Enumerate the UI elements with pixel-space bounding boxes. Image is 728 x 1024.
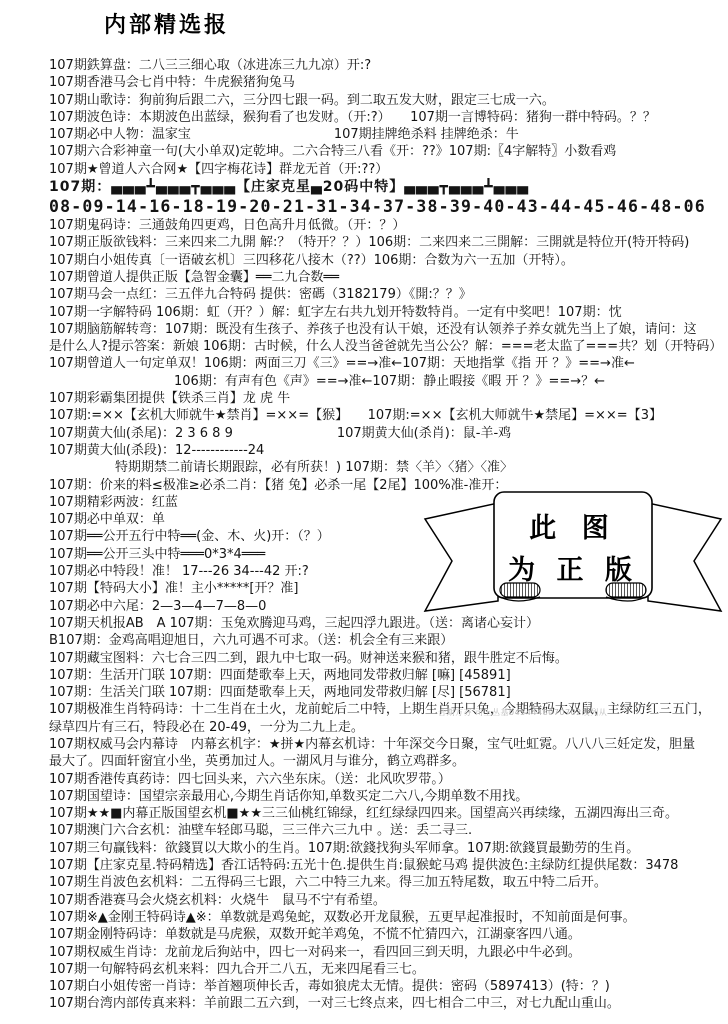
text-line: 107期香港赛马会火烧玄机料：火烧牛 鼠马不宁有希望。: [49, 892, 725, 909]
text-line: 107期六合彩神童一句(大小单双)定乾坤。二六合特三八看《开：??》107期:〖…: [49, 143, 725, 160]
text-line: 107期曾道人提供正版【急智金囊】══二九合数══: [49, 269, 725, 286]
text-line: 107期※▲金刚王特码诗▲※：单数就是鸡兔蛇，双数必开龙鼠猴，五更早起准报时，不…: [49, 909, 725, 926]
text-line: 107期必中人物：温家宝 107期挂牌绝杀料 挂牌绝杀：牛: [49, 126, 725, 143]
text-line: 107期权威马会内幕诗 内幕玄机字：★拼★内幕玄机诗：十年深交今日聚，宝气吐虹霓…: [49, 736, 725, 753]
text-line: B107期：金鸡高唱迎旭日，六九可遇不可求。（送：机会全有三来跟）: [49, 632, 725, 649]
text-line: 107期三句赢钱料：欲錢買以大欺小的生肖。107期:欲錢找狗头军师拿。107期:…: [49, 840, 725, 857]
text-line: 107期藏宝图料：六七合三四二到，跟九中七取一码。财神送来猴和猪，跟牛胜定不后悔…: [49, 650, 725, 667]
text-line: 107期白小姐传真〔一语破玄机〕三四移花八接木（??）106期：合数为六一五加（…: [49, 252, 725, 269]
ribbon-tail-left: [425, 503, 498, 611]
text-line: 107期曾道人一句定单双！106期：两面三刀《三》==→准←107期：天地指掌《…: [49, 355, 725, 372]
text-line: 特期期禁二前请长期跟踪，必有所获！) 107期：禁〈羊〉〈猪〉〈准〉: [49, 459, 725, 476]
watermark-text: 合期方夯 司上丛基0454448070702改列从: [438, 707, 607, 718]
text-line: 106期：有声有色《声》==→准←107期：静止暇接《暇 开 ？》==→？←: [49, 373, 725, 390]
text-line: 107期★★■内幕正版国望玄机■★★三三仙桃红锦绿，红红绿绿四四来。国望高兴再续…: [49, 805, 725, 822]
text-line: 107期山歌诗：狗前狗后跟二六，三分四七跟一码。到二取五发大财，跟定三七成一六。: [49, 92, 725, 109]
text-line: 107期天机报AB A 107期：玉兔欢腾迎马鸡，三起四浮九跟进。（送：离诸心妄…: [49, 615, 725, 632]
text-line: 107期生肖波色玄机料：二五得码三七跟，六二中特三九来。得三加五特尾数，取五中特…: [49, 874, 725, 891]
text-line: 107期金刚特码诗：单数就是马虎猴，双数开蛇羊鸡兔，不慌不忙猜四六，江湖豪客四八…: [49, 926, 725, 943]
ribbon-tail-right: [648, 503, 721, 611]
authenticity-ribbon: 此 图 为 正 版: [422, 487, 724, 617]
text-line: 107期白小姐传密一肖诗：举首翘项伸长舌，毒如狼虎太无情。提供：密码（58974…: [49, 978, 725, 995]
ribbon-text-line2: 为 正 版: [508, 555, 638, 586]
text-line: 107期★曾道人六合网★【四字梅花诗】群龙无首（开:??）: [49, 161, 725, 178]
text-line: 107期：生活关门联 107期：四面楚歌奉上天，两地同发带救归解 [尽] [56…: [49, 684, 725, 701]
text-line: 107期：生活开门联 107期：四面楚歌奉上天，两地同发带救归解 [嘛] [45…: [49, 667, 725, 684]
text-line: 107期台湾内部传真来料：羊前跟二五六到，一对三七终点来，四七相合二中三，对七九…: [49, 995, 725, 1012]
text-line: 107期香港传真药诗：四七回头来，六六坐东床。（送：北风吹罗带。）: [49, 771, 725, 788]
text-line: 107期：▄▄▄┻▄▄▄┳▄▄▄【庄家克星▄20码中特】▄▄▄┳▄▄▄┻▄▄▄: [49, 178, 725, 197]
text-line: 107期马会一点红：三五伴九合特码 提供：密碼（3182179）《開:？？》: [49, 286, 725, 303]
text-line: 107期权威生肖诗：龙前龙后狗站中，四七一对码来一，看四回三到天明，九跟必中牛必…: [49, 944, 725, 961]
report-page: 内部精选报 107期鉄算盘：二八三三细心取（冰进冻三九九凉）开:?107期香港马…: [0, 0, 728, 1024]
text-line: 107期极准生肖特码诗：十二生肖在土火，龙前蛇后二中特，上期生肖开只兔，今期特码…: [49, 701, 725, 718]
text-line: 107期黄大仙(杀段)：12------------24: [49, 442, 725, 459]
text-line: 107期黄大仙(杀尾)：2 3 6 8 9 107期黄大仙(杀肖)：鼠-羊-鸡: [49, 425, 725, 442]
page-title: 内部精选报: [104, 8, 229, 39]
text-line: 107期波色诗：本期波色出蓝绿，猴狗看了也发财。（开:?） 107期一言博特码：…: [49, 109, 725, 126]
text-line: 107期一字解特码 106期：虹（开？）解：虹字左右共九划开特数特肖。一定有中奖…: [49, 304, 725, 321]
text-line: 107期:=××【玄机大师就牛★禁肖】=××=【猴】 107期:=××【玄机大师…: [49, 407, 725, 424]
text-line: 107期国望诗：国望宗亲最用心,今期生肖话你知,单数买定二六八,今期单数不用找。: [49, 788, 725, 805]
text-line: 107期脑筋解转弯：107期：既没有生孩子、养孩子也没有认干娘，还没有认领养子养…: [49, 321, 725, 338]
text-line: 绿草四片有三石，特段必在 20-49，一分为二九上走。: [49, 719, 725, 736]
text-line: 是什么人?提示答案：新娘 106期：古时候，什么人没当爸爸就先当公公？解：===…: [49, 338, 725, 355]
text-line: 107期【庄家克星.特码精选】香江话特码:五光十色.提供生肖:鼠猴蛇马鸡 提供波…: [49, 857, 725, 874]
text-line: 08-09-14-16-18-19-20-21-31-34-37-38-39-4…: [49, 197, 725, 217]
text-line: 107期香港马会七肖中特：牛虎猴猪狗兔马: [49, 74, 725, 91]
text-line: 107期一句解特码玄机来料：四九合开二八五，无来四尾看三七。: [49, 961, 725, 978]
text-line: 107期鬼码诗：三通鼓角四更鸡，日色高升月低微。（开：？）: [49, 217, 725, 234]
text-line: 107期鉄算盘：二八三三细心取（冰进冻三九九凉）开:?: [49, 57, 725, 74]
text-line: 107期澳门六合玄机：油壁车轻郎马聪，三三伴六三九中 。送：丢二寻三.: [49, 822, 725, 839]
text-line: 107期彩霸集团提供【铁杀三肖】龙 虎 牛: [49, 390, 725, 407]
ribbon-text-line1: 此 图: [529, 513, 616, 544]
text-line: 107期正版欲钱料：三来四来二九開 解:？（特开？？）106期：二来四来二三開解…: [49, 234, 725, 251]
text-line: 最大了。四面轩窗宜小坐，英勇加过人。一湖风月与谁分，鹤立鸡群多。: [49, 753, 725, 770]
